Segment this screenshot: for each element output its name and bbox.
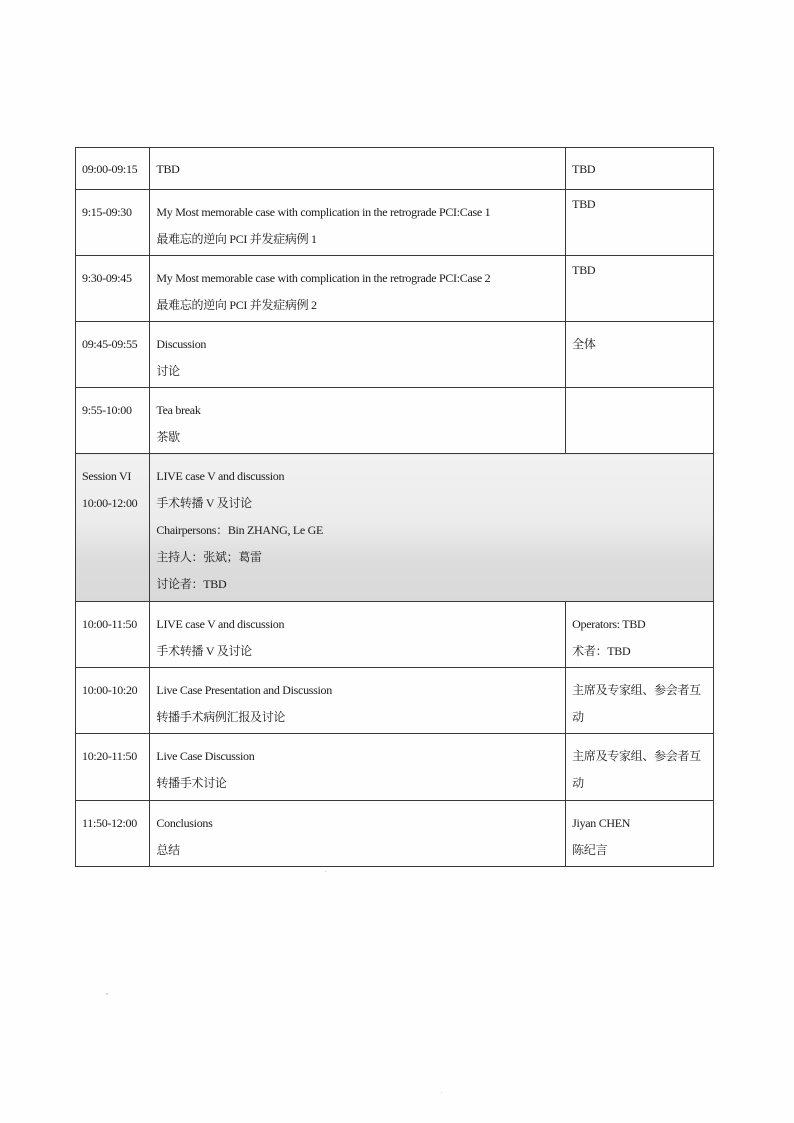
topic-cell: Conclusions 总结 — [150, 801, 566, 867]
topic-zh: 转播手术病例汇报及讨论 — [156, 704, 559, 731]
speaker-text: TBD — [572, 191, 707, 218]
table-row: 10:00-11:50 LIVE case V and discussion 手… — [76, 602, 714, 668]
time-text: 11:50-12:00 — [82, 810, 143, 837]
speaker-text: 主席及专家组、参会者互 — [572, 743, 707, 770]
time-cell: 09:45-09:55 — [76, 322, 150, 388]
speaker-cell: Operators: TBD 术者：TBD — [566, 602, 714, 668]
time-text: 09:00-09:15 — [82, 156, 143, 183]
topic-zh: 转播手术讨论 — [156, 770, 559, 797]
topic-cell: Tea break 茶歇 — [150, 388, 566, 454]
topic-zh: 茶歇 — [156, 424, 559, 451]
speaker-cell: 全体 — [566, 322, 714, 388]
topic-zh: 手术转播 V 及讨论 — [156, 638, 559, 665]
speaker-cell: TBD — [566, 256, 714, 322]
table-row: 9:30-09:45 My Most memorable case with c… — [76, 256, 714, 322]
topic-en: My Most memorable case with complication… — [156, 199, 559, 226]
scan-speck — [106, 993, 108, 995]
time-cell: 10:20-11:50 — [76, 734, 150, 801]
table-row: 11:50-12:00 Conclusions 总结 Jiyan CHEN 陈纪… — [76, 801, 714, 867]
topic-en: Tea break — [156, 397, 559, 424]
time-cell: 10:00-11:50 — [76, 602, 150, 668]
time-cell: 09:00-09:15 — [76, 148, 150, 190]
speaker-text: 全体 — [572, 331, 707, 358]
topic-cell: LIVE case V and discussion 手术转播 V 及讨论 — [150, 602, 566, 668]
topic-cell: Discussion 讨论 — [150, 322, 566, 388]
time-text: 9:15-09:30 — [82, 199, 143, 226]
scan-speck — [325, 871, 326, 872]
speaker-cell — [566, 388, 714, 454]
time-cell: 11:50-12:00 — [76, 801, 150, 867]
time-text: 09:45-09:55 — [82, 331, 143, 358]
session-title-zh: 手术转播 V 及讨论 — [156, 490, 707, 517]
speaker-text: Jiyan CHEN — [572, 810, 707, 837]
speaker-text-zh: 术者：TBD — [572, 638, 707, 665]
time-cell: 10:00-10:20 — [76, 668, 150, 734]
topic-en: Conclusions — [156, 810, 559, 837]
topic-en: TBD — [156, 156, 559, 183]
speaker-cell: Jiyan CHEN 陈纪言 — [566, 801, 714, 867]
speaker-text: 主席及专家组、参会者互 — [572, 677, 707, 704]
topic-zh: 讨论 — [156, 358, 559, 385]
table-row: 09:45-09:55 Discussion 讨论 全体 — [76, 322, 714, 388]
topic-en: Discussion — [156, 331, 559, 358]
session-discussants-zh: 讨论者：TBD — [156, 571, 707, 598]
session-chairpersons-zh: 主持人：张斌；葛雷 — [156, 544, 707, 571]
speaker-cell: TBD — [566, 148, 714, 190]
session-header-row: Session VI 10:00-12:00 LIVE case V and d… — [76, 454, 714, 602]
schedule-table: 09:00-09:15 TBD TBD 9: — [75, 147, 714, 867]
time-text: 10:20-11:50 — [82, 743, 143, 770]
speaker-text-cont: 动 — [572, 770, 707, 797]
session-chairpersons-en: Chairpersons：Bin ZHANG, Le GE — [156, 517, 707, 544]
table-row: 10:00-10:20 Live Case Presentation and D… — [76, 668, 714, 734]
speaker-text: TBD — [572, 257, 707, 284]
topic-zh: 总结 — [156, 837, 559, 864]
time-text: 9:55-10:00 — [82, 397, 143, 424]
speaker-cell: 主席及专家组、参会者互 动 — [566, 734, 714, 801]
topic-cell: My Most memorable case with complication… — [150, 256, 566, 322]
table-row: 09:00-09:15 TBD TBD — [76, 148, 714, 190]
document-page: 09:00-09:15 TBD TBD 9: — [0, 0, 794, 1123]
topic-cell: Live Case Presentation and Discussion 转播… — [150, 668, 566, 734]
topic-cell: Live Case Discussion 转播手术讨论 — [150, 734, 566, 801]
session-label: Session VI — [82, 463, 143, 490]
topic-en: LIVE case V and discussion — [156, 611, 559, 638]
topic-zh: 最难忘的逆向 PCI 并发症病例 2 — [156, 292, 559, 319]
session-label-cell: Session VI 10:00-12:00 — [76, 454, 150, 602]
time-text: 9:30-09:45 — [82, 265, 143, 292]
time-cell: 9:30-09:45 — [76, 256, 150, 322]
table-row: 10:20-11:50 Live Case Discussion 转播手术讨论 … — [76, 734, 714, 801]
time-text: 10:00-11:50 — [82, 611, 143, 638]
session-time: 10:00-12:00 — [82, 490, 143, 517]
topic-en: Live Case Discussion — [156, 743, 559, 770]
speaker-text-cont: 动 — [572, 704, 707, 731]
topic-cell: My Most memorable case with complication… — [150, 190, 566, 256]
session-detail-cell: LIVE case V and discussion 手术转播 V 及讨论 Ch… — [150, 454, 714, 602]
topic-cell: TBD — [150, 148, 566, 190]
time-cell: 9:55-10:00 — [76, 388, 150, 454]
table-row: 9:55-10:00 Tea break 茶歇 — [76, 388, 714, 454]
time-cell: 9:15-09:30 — [76, 190, 150, 256]
speaker-cell: TBD — [566, 190, 714, 256]
speaker-text: Operators: TBD — [572, 611, 707, 638]
table-row: 9:15-09:30 My Most memorable case with c… — [76, 190, 714, 256]
speaker-text-zh: 陈纪言 — [572, 837, 707, 864]
scan-speck — [441, 1092, 442, 1093]
topic-en: My Most memorable case with complication… — [156, 265, 559, 292]
speaker-text: TBD — [572, 156, 707, 183]
session-title-en: LIVE case V and discussion — [156, 463, 707, 490]
speaker-cell: 主席及专家组、参会者互 动 — [566, 668, 714, 734]
topic-zh: 最难忘的逆向 PCI 并发症病例 1 — [156, 226, 559, 253]
time-text: 10:00-10:20 — [82, 677, 143, 704]
topic-en: Live Case Presentation and Discussion — [156, 677, 559, 704]
